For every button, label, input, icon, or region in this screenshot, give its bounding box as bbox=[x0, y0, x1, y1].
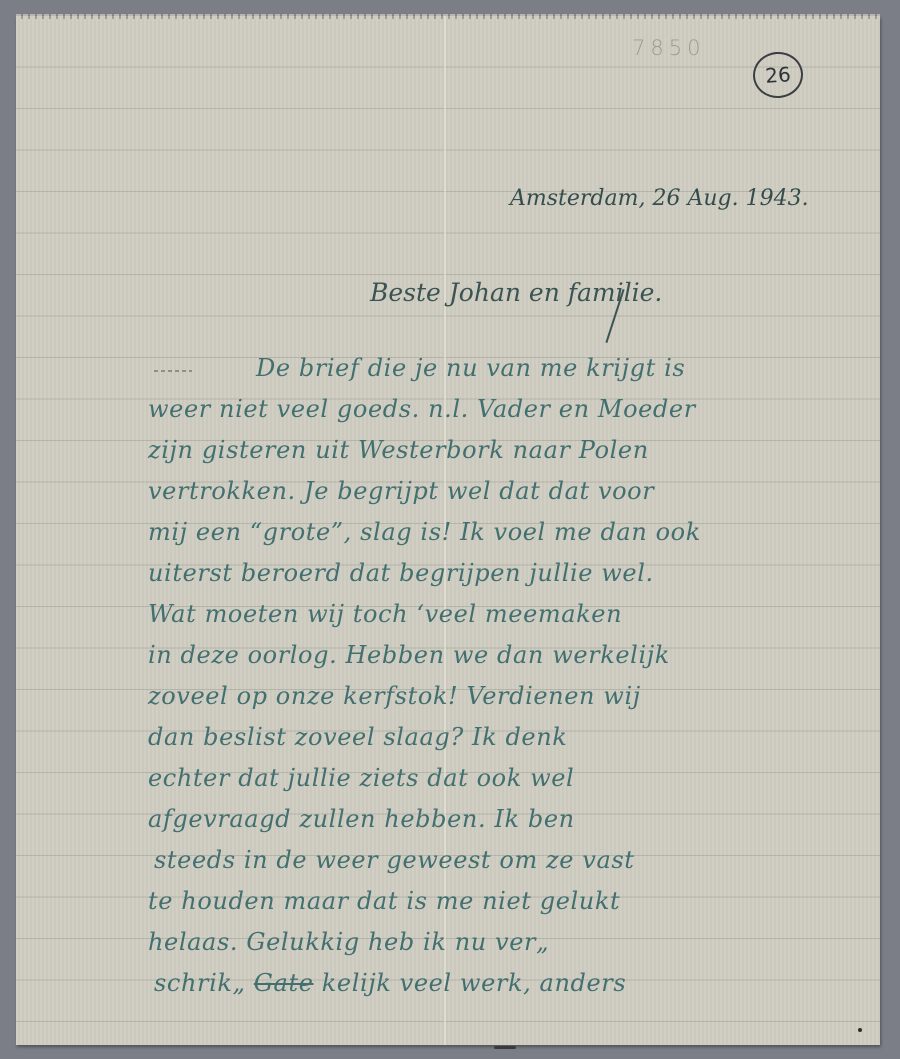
letter-line-15: helaas. Gelukkig heb ik nu ver„ bbox=[148, 928, 549, 956]
letter-line-4: vertrokken. Je begrijpt wel dat dat voor bbox=[148, 477, 654, 505]
letter-line-6: uiterst beroerd dat begrijpen jullie wel… bbox=[148, 559, 654, 587]
circled-page-number: 26 bbox=[751, 50, 804, 99]
ink-spot bbox=[858, 1028, 862, 1032]
letter-line-2: weer niet veel goeds. n.l. Vader en Moed… bbox=[148, 395, 696, 423]
archive-pencil-number: 7850 bbox=[632, 36, 705, 60]
letter-line-10: dan beslist zoveel slaag? Ik denk bbox=[148, 723, 567, 751]
letter-line-12: afgevraagd zullen hebben. Ik ben bbox=[148, 805, 575, 833]
letter-sheet: 7850 26 Amsterdam, 26 Aug. 1943. Beste J… bbox=[16, 16, 880, 1045]
letter-line-14: te houden maar dat is me niet gelukt bbox=[148, 887, 620, 915]
letter-line-3: zijn gisteren uit Westerbork naar Polen bbox=[148, 436, 649, 464]
letter-line-13: steeds in de weer geweest om ze vast bbox=[154, 846, 635, 874]
place-date-line: Amsterdam, 26 Aug. 1943. bbox=[510, 186, 809, 211]
letter-line-16: schrik„ Gate kelijk veel werk, anders bbox=[154, 969, 626, 997]
word-continuation: kelijk veel werk, anders bbox=[322, 969, 627, 997]
letter-line-1: De brief die je nu van me krijgt is bbox=[256, 354, 685, 382]
letter-line-7: Wat moeten wij toch ‘veel meemaken bbox=[148, 600, 622, 628]
struck-out-word: Gate bbox=[254, 969, 314, 997]
page-number-text: 26 bbox=[764, 62, 791, 88]
letter-line-11: echter dat jullie ziets dat ook wel bbox=[148, 764, 574, 792]
pencil-margin-mark bbox=[154, 370, 192, 372]
word-schrik: schrik„ bbox=[154, 969, 246, 997]
ink-mark-bottom bbox=[494, 1046, 516, 1049]
letter-line-9: zoveel op onze kerfstok! Verdienen wij bbox=[148, 682, 641, 710]
letter-line-8: in deze oorlog. Hebben we dan werkelijk bbox=[148, 641, 670, 669]
letter-line-5: mij een “grote”, slag is! Ik voel me dan… bbox=[148, 518, 701, 546]
